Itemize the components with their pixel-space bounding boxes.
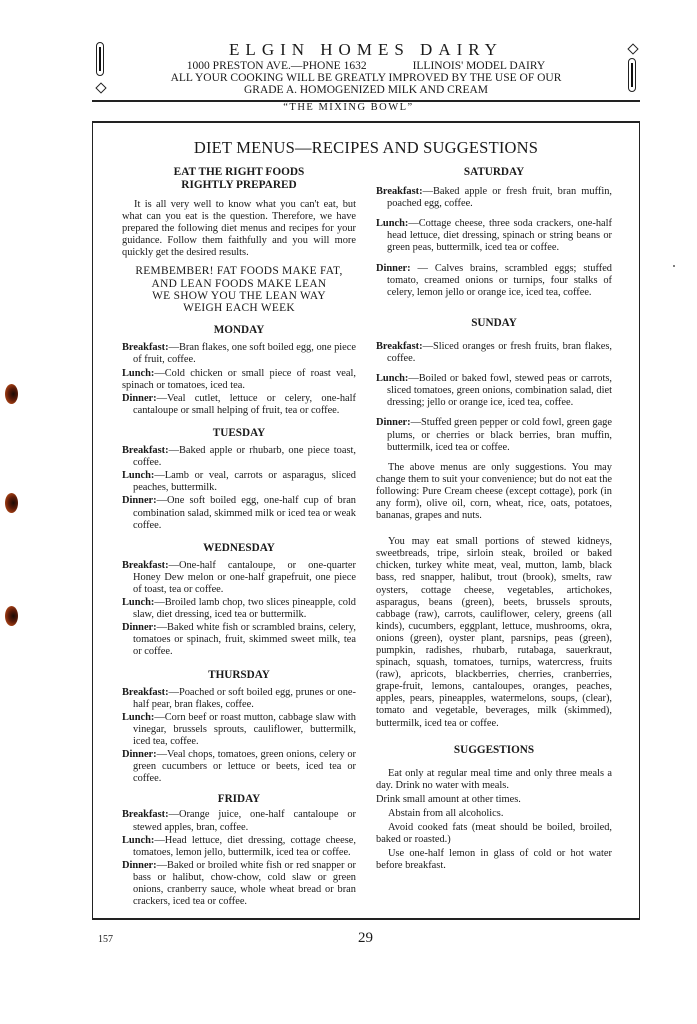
meal-breakfast: Breakfast:—Baked apple or rhubarb, one p…: [122, 445, 356, 469]
page-number: 29: [358, 930, 373, 947]
binding-hole: [5, 493, 18, 513]
meal-dinner: Dinner:—Veal chops, tomatoes, green onio…: [122, 749, 356, 785]
column-title: “THE MIXING BOWL”: [0, 102, 697, 113]
meal-breakfast: Breakfast:—Sliced oranges or fresh fruit…: [376, 341, 612, 365]
day-heading: FRIDAY: [122, 793, 356, 805]
binding-hole: [5, 606, 18, 626]
meal-dinner: Dinner: — Calves brains, scrambled eggs;…: [376, 263, 612, 299]
address: 1000 PRESTON AVE.—PHONE 1632: [187, 60, 367, 72]
meal-dinner: Dinner:—Stuffed green pepper or cold fow…: [376, 417, 612, 453]
meal-lunch: Lunch:—Head lettuce, diet dressing, cott…: [122, 835, 356, 859]
advert-line-2: GRADE A. HOMOGENIZED MILK AND CREAM: [92, 84, 640, 96]
suggestions-section: SUGGESTIONS Eat only at regular meal tim…: [376, 744, 612, 873]
dairy-name: ELGIN HOMES DAIRY: [92, 40, 640, 60]
day-heading: SUNDAY: [376, 317, 612, 329]
day-heading: TUESDAY: [122, 427, 356, 439]
advert-line: ALL YOUR COOKING WILL BE GREATLY IMPROVE…: [92, 72, 640, 84]
day-heading: SATURDAY: [376, 166, 612, 178]
section-heading: EAT THE RIGHT FOODS: [122, 166, 356, 179]
page-title: DIET MENUS—RECIPES AND SUGGESTIONS: [92, 138, 640, 158]
day-heading: THURSDAY: [122, 669, 356, 681]
catalog-number: 157: [98, 934, 113, 945]
meal-dinner: Dinner:—Veal cutlet, lettuce or celery, …: [122, 393, 356, 417]
day-friday: FRIDAY Breakfast:—Orange juice, one-half…: [122, 793, 356, 908]
meal-breakfast: Breakfast:—Baked apple or fresh fruit, b…: [376, 186, 612, 210]
day-saturday: SATURDAY Breakfast:—Baked apple or fresh…: [376, 166, 612, 299]
allowed-foods-note: You may eat small portions of stewed kid…: [376, 536, 612, 730]
intro-paragraph: It is all very well to know what you can…: [122, 199, 356, 259]
address-line: 1000 PRESTON AVE.—PHONE 1632ILLINOIS' MO…: [92, 60, 640, 72]
meal-dinner: Dinner:—Baked white fish or scrambled br…: [122, 622, 356, 658]
binding-hole: [5, 384, 18, 404]
meal-lunch: Lunch:—Broiled lamb chop, two slices pin…: [122, 597, 356, 621]
meal-dinner: Dinner:—One soft boiled egg, one-half cu…: [122, 495, 356, 531]
meal-breakfast: Breakfast:—One-half cantaloupe, or one-q…: [122, 560, 356, 596]
day-wednesday: WEDNESDAY Breakfast:—One-half cantaloupe…: [122, 542, 356, 659]
suggestion-item: Drink small amount at other times.: [376, 794, 612, 806]
meal-lunch: Lunch:—Corn beef or roast mutton, cabbag…: [122, 712, 356, 748]
scan-speck: [673, 265, 675, 267]
tagline: ILLINOIS' MODEL DAIRY: [413, 60, 546, 72]
section-heading: SUGGESTIONS: [376, 744, 612, 756]
day-monday: MONDAY Breakfast:—Bran flakes, one soft …: [122, 324, 356, 417]
meal-lunch: Lunch:—Boiled or baked fowl, stewed peas…: [376, 373, 612, 409]
suggestion-item: Eat only at regular meal time and only t…: [376, 768, 612, 792]
day-heading: MONDAY: [122, 324, 356, 336]
meal-breakfast: Breakfast:—Orange juice, one-half cantal…: [122, 809, 356, 833]
meal-dinner: Dinner:—Baked or broiled white fish or r…: [122, 860, 356, 908]
left-column: EAT THE RIGHT FOODS RIGHTLY PREPARED It …: [122, 166, 356, 909]
meal-breakfast: Breakfast:—Poached or soft boiled egg, p…: [122, 687, 356, 711]
avoid-foods-note: The above menus are only suggestions. Yo…: [376, 462, 612, 522]
right-column: SATURDAY Breakfast:—Baked apple or fresh…: [376, 166, 612, 875]
day-heading: WEDNESDAY: [122, 542, 356, 554]
suggestion-item: Avoid cooked fats (meat should be boiled…: [376, 822, 612, 846]
day-tuesday: TUESDAY Breakfast:—Baked apple or rhubar…: [122, 427, 356, 532]
suggestion-item: Abstain from all alcoholics.: [376, 808, 612, 820]
meal-lunch: Lunch:—Cottage cheese, three soda cracke…: [376, 218, 612, 254]
slogan: REMBEMBER! FAT FOODS MAKE FAT, AND LEAN …: [122, 265, 356, 314]
day-sunday: SUNDAY Breakfast:—Sliced oranges or fres…: [376, 317, 612, 454]
day-thursday: THURSDAY Breakfast:—Poached or soft boil…: [122, 669, 356, 786]
meal-lunch: Lunch:—Cold chicken or small piece of ro…: [122, 368, 356, 392]
masthead: ELGIN HOMES DAIRY 1000 PRESTON AVE.—PHON…: [92, 40, 640, 102]
suggestion-item: Use one-half lemon in glass of cold or h…: [376, 848, 612, 872]
meal-lunch: Lunch:—Lamb or veal, carrots or asparagu…: [122, 470, 356, 494]
section-heading: RIGHTLY PREPARED: [122, 179, 356, 192]
meal-breakfast: Breakfast:—Bran flakes, one soft boiled …: [122, 342, 356, 366]
